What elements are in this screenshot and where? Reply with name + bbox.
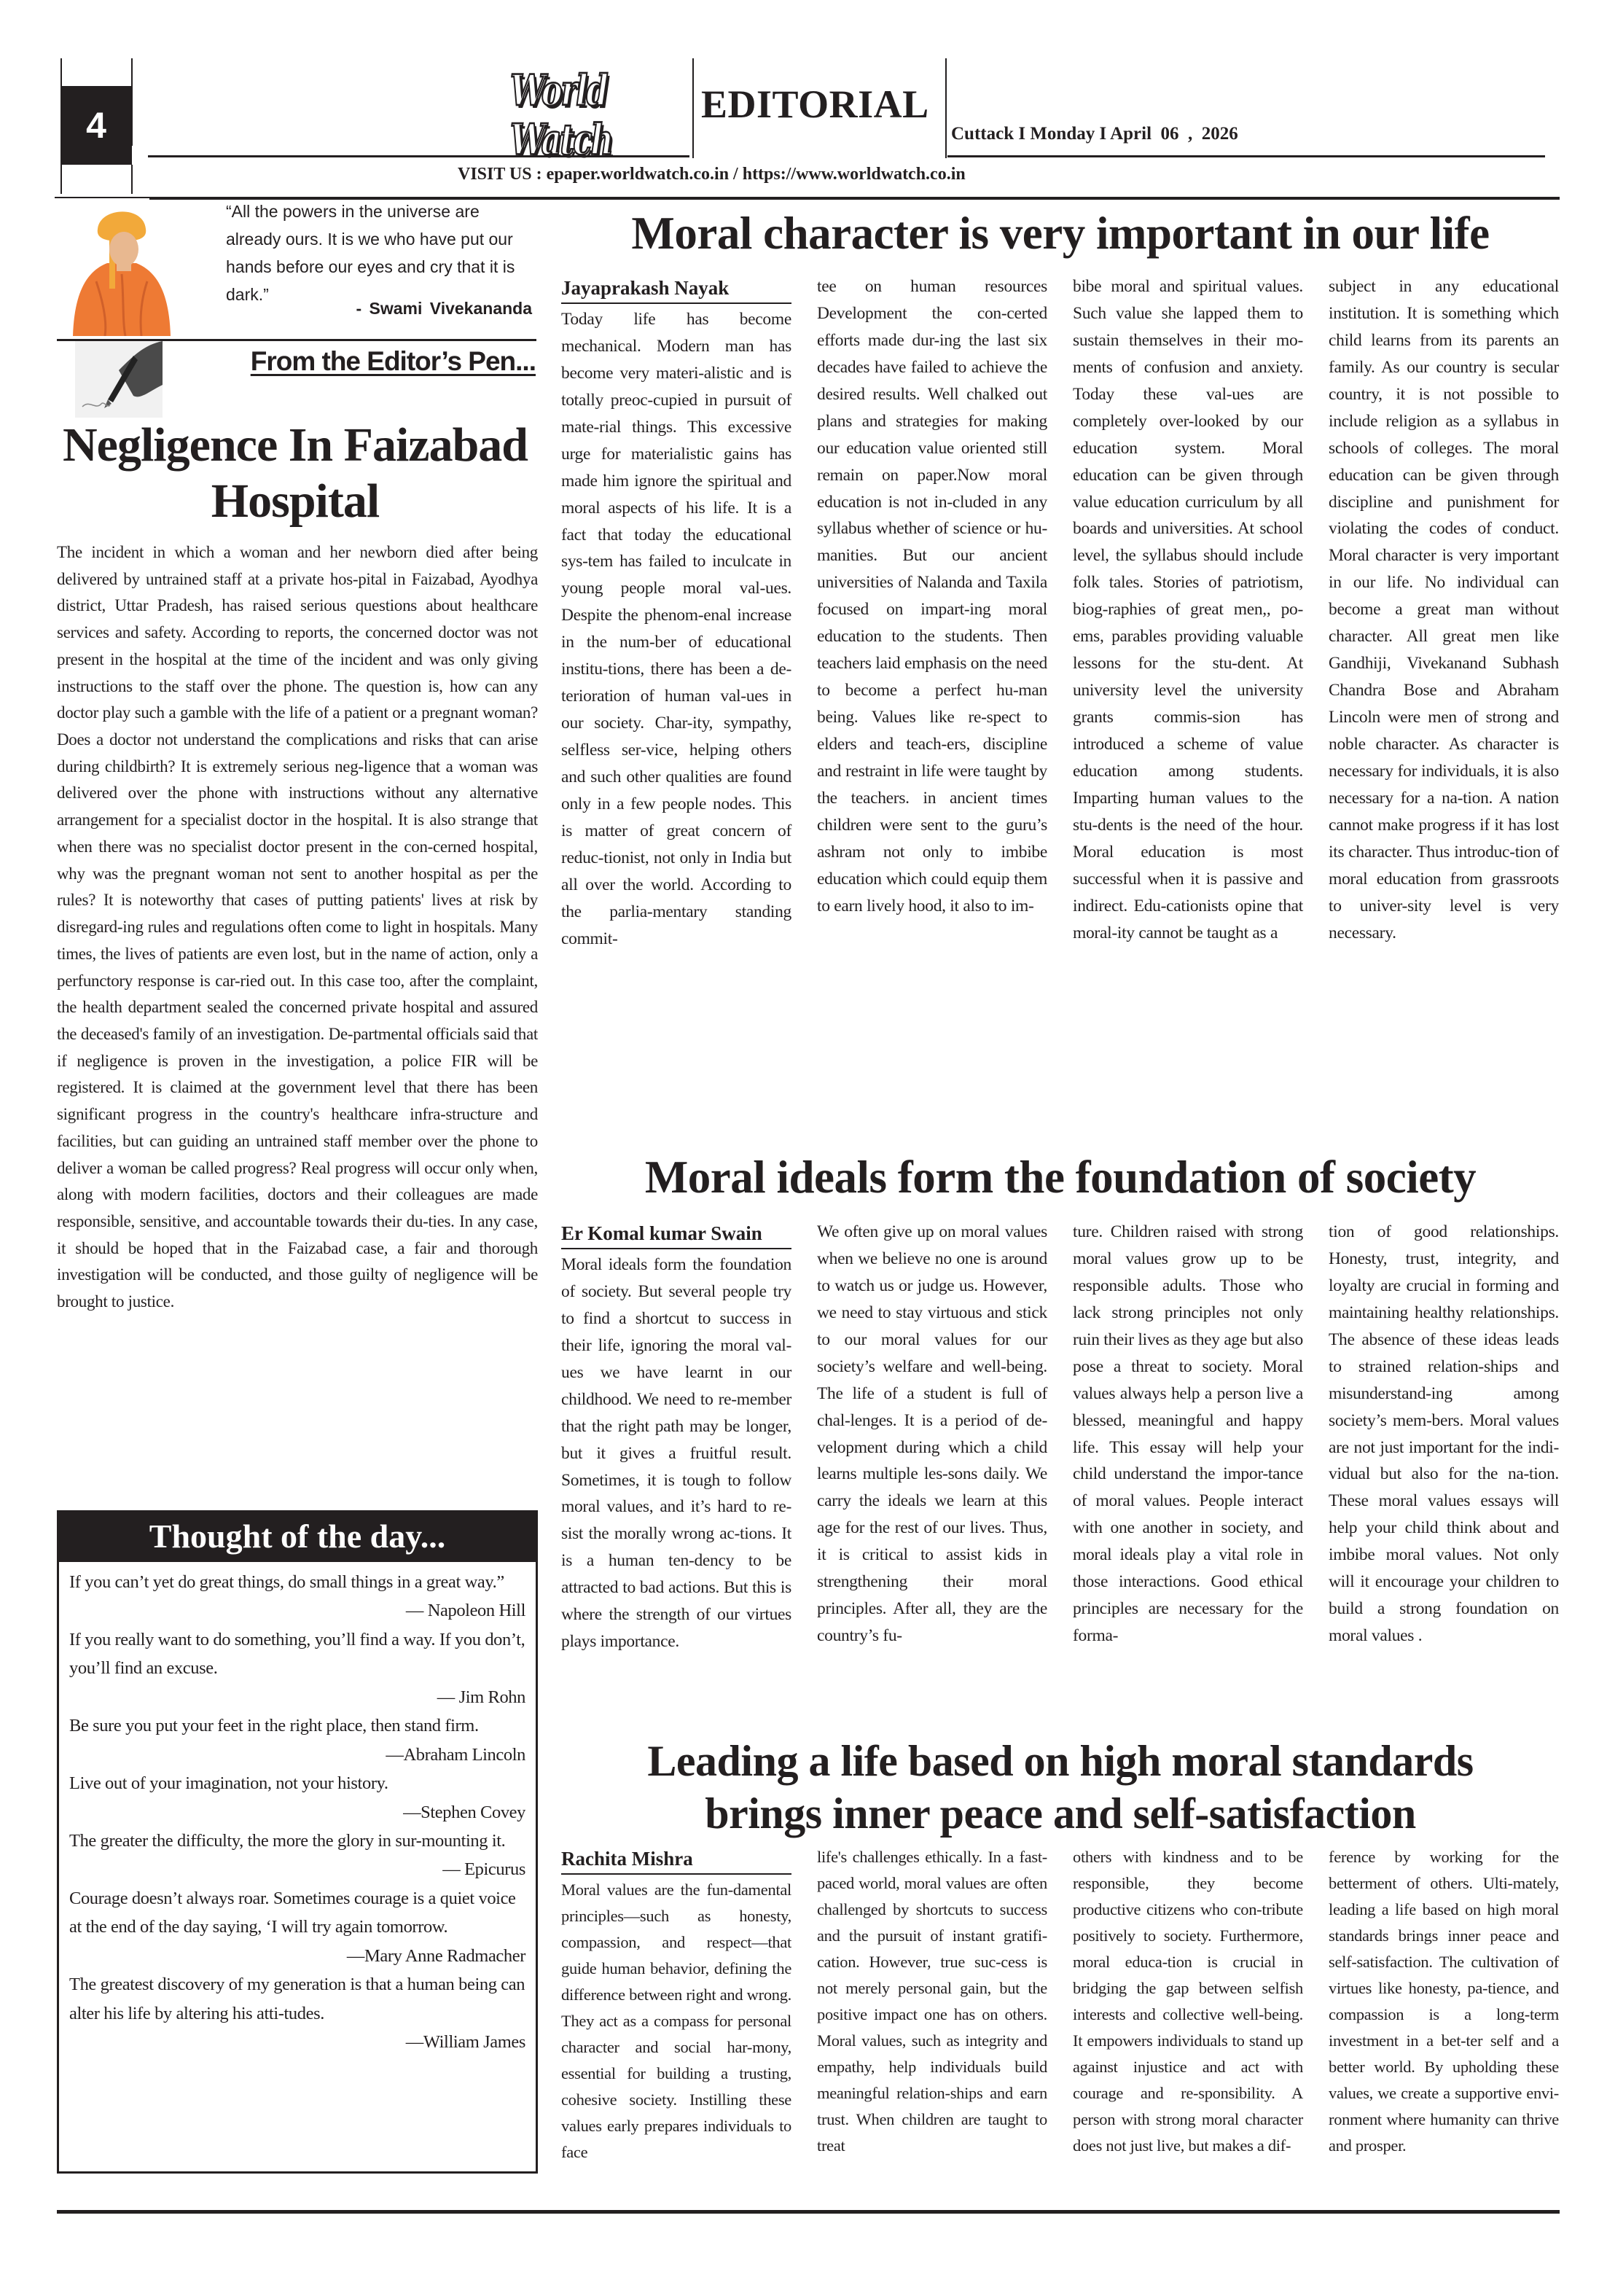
article-2-column-4: tion of good relationships. Honesty, tru… — [1329, 1219, 1559, 1655]
article-1-column-1: Today life has become mechanical. Modern… — [561, 306, 791, 953]
vivekananda-author: - Swami Vivekananda — [226, 299, 532, 319]
top-rule-left — [55, 197, 157, 198]
page-number: 4 — [60, 86, 132, 165]
article-3-column-4: ference by working for the betterment of… — [1329, 1844, 1559, 2166]
article-3-headline-line-1: Leading a life based on high moral stand… — [561, 1735, 1560, 1787]
thought-quote: The greater the difficulty, the more the… — [69, 1827, 525, 1855]
thought-quote-author: —Stephen Covey — [69, 1798, 525, 1827]
dateline: Cuttack I Monday I April 06 , 2026 — [951, 124, 1238, 144]
logo-divider — [692, 58, 694, 158]
thought-quote-list: If you can’t yet do great things, do sma… — [59, 1562, 536, 2056]
masthead-divider-lower — [131, 165, 133, 194]
article-3-columns: Rachita Mishra Moral values are the fun-… — [561, 1844, 1560, 2166]
article-1-column-4: subject in any educational institution. … — [1329, 273, 1559, 953]
article-1-headline: Moral character is very important in our… — [561, 204, 1560, 262]
article-2-column-3: ture. Children raised with strong moral … — [1073, 1219, 1303, 1655]
article-2-column-1: Moral ideals form the foundation of soci… — [561, 1252, 791, 1655]
thought-quote-author: —William James — [69, 2028, 525, 2056]
thought-quote: Live out of your imagination, not your h… — [69, 1769, 525, 1797]
section-title: EDITORIAL — [701, 82, 929, 127]
thought-quote: Courage doesn’t always roar. Sometimes c… — [69, 1884, 525, 1942]
section-divider — [945, 58, 947, 158]
thought-quote-author: — Epicurus — [69, 1855, 525, 1883]
article-1-column-2: tee on human resources Development the c… — [817, 273, 1047, 953]
thought-of-the-day-title: Thought of the day... — [59, 1512, 536, 1562]
bottom-rule — [57, 2210, 1560, 2214]
article-2-column-2: We often give up on moral values when we… — [817, 1219, 1047, 1655]
article-2-columns: Er Komal kumar Swain Moral ideals form t… — [561, 1219, 1560, 1655]
editorial-body: The incident in which a woman and her ne… — [57, 539, 538, 1316]
thought-quote-author: —Abraham Lincoln — [69, 1741, 525, 1769]
masthead-left-rule-lower — [60, 165, 62, 194]
article-1-byline: Jayaprakash Nayak — [561, 273, 791, 304]
article-2-headline: Moral ideals form the foundation of soci… — [561, 1148, 1560, 1206]
fountain-pen-icon — [75, 341, 163, 418]
thought-quote: If you can’t yet do great things, do sma… — [69, 1568, 525, 1596]
thought-quote: If you really want to do something, you’… — [69, 1625, 525, 1683]
article-3-headline-line-2: brings inner peace and self-satisfaction — [561, 1787, 1560, 1840]
article-3-column-2: life's challenges ethically. In a fast-p… — [817, 1844, 1047, 2166]
article-3-headline: Leading a life based on high moral stand… — [561, 1735, 1560, 1840]
article-1-columns: Jayaprakash Nayak Today life has become … — [561, 273, 1560, 953]
world-watch-logo: World Watch — [510, 70, 689, 163]
vivekananda-portrait — [67, 201, 176, 336]
article-1-column-3: bibe moral and spiritual values. Such va… — [1073, 273, 1303, 953]
editorial-headline: Negligence In Faizabad Hospital — [55, 417, 536, 529]
thought-quote-author: —Mary Anne Radmacher — [69, 1942, 525, 1970]
editors-pen-label: From the Editor’s Pen... — [226, 346, 536, 377]
article-2-byline: Er Komal kumar Swain — [561, 1219, 791, 1249]
article-3-column-3: others with kindness and to be responsib… — [1073, 1844, 1303, 2166]
article-3-byline: Rachita Mishra — [561, 1844, 791, 1875]
thought-quote-author: — Napoleon Hill — [69, 1596, 525, 1625]
article-3-column-1: Moral values are the fun-damental princi… — [561, 1877, 791, 2166]
vivekananda-quote: “All the powers in the universe are alre… — [226, 198, 532, 309]
thought-quote: Be sure you put your feet in the right p… — [69, 1711, 525, 1740]
thought-quote: The greatest discovery of my generation … — [69, 1970, 525, 2028]
visit-us-links[interactable]: VISIT US : epaper.worldwatch.co.in / htt… — [458, 165, 966, 184]
thought-quote-author: — Jim Rohn — [69, 1683, 525, 1711]
masthead-rule-right — [947, 155, 1545, 157]
thought-of-the-day-box: Thought of the day... If you can’t yet d… — [57, 1510, 538, 2174]
